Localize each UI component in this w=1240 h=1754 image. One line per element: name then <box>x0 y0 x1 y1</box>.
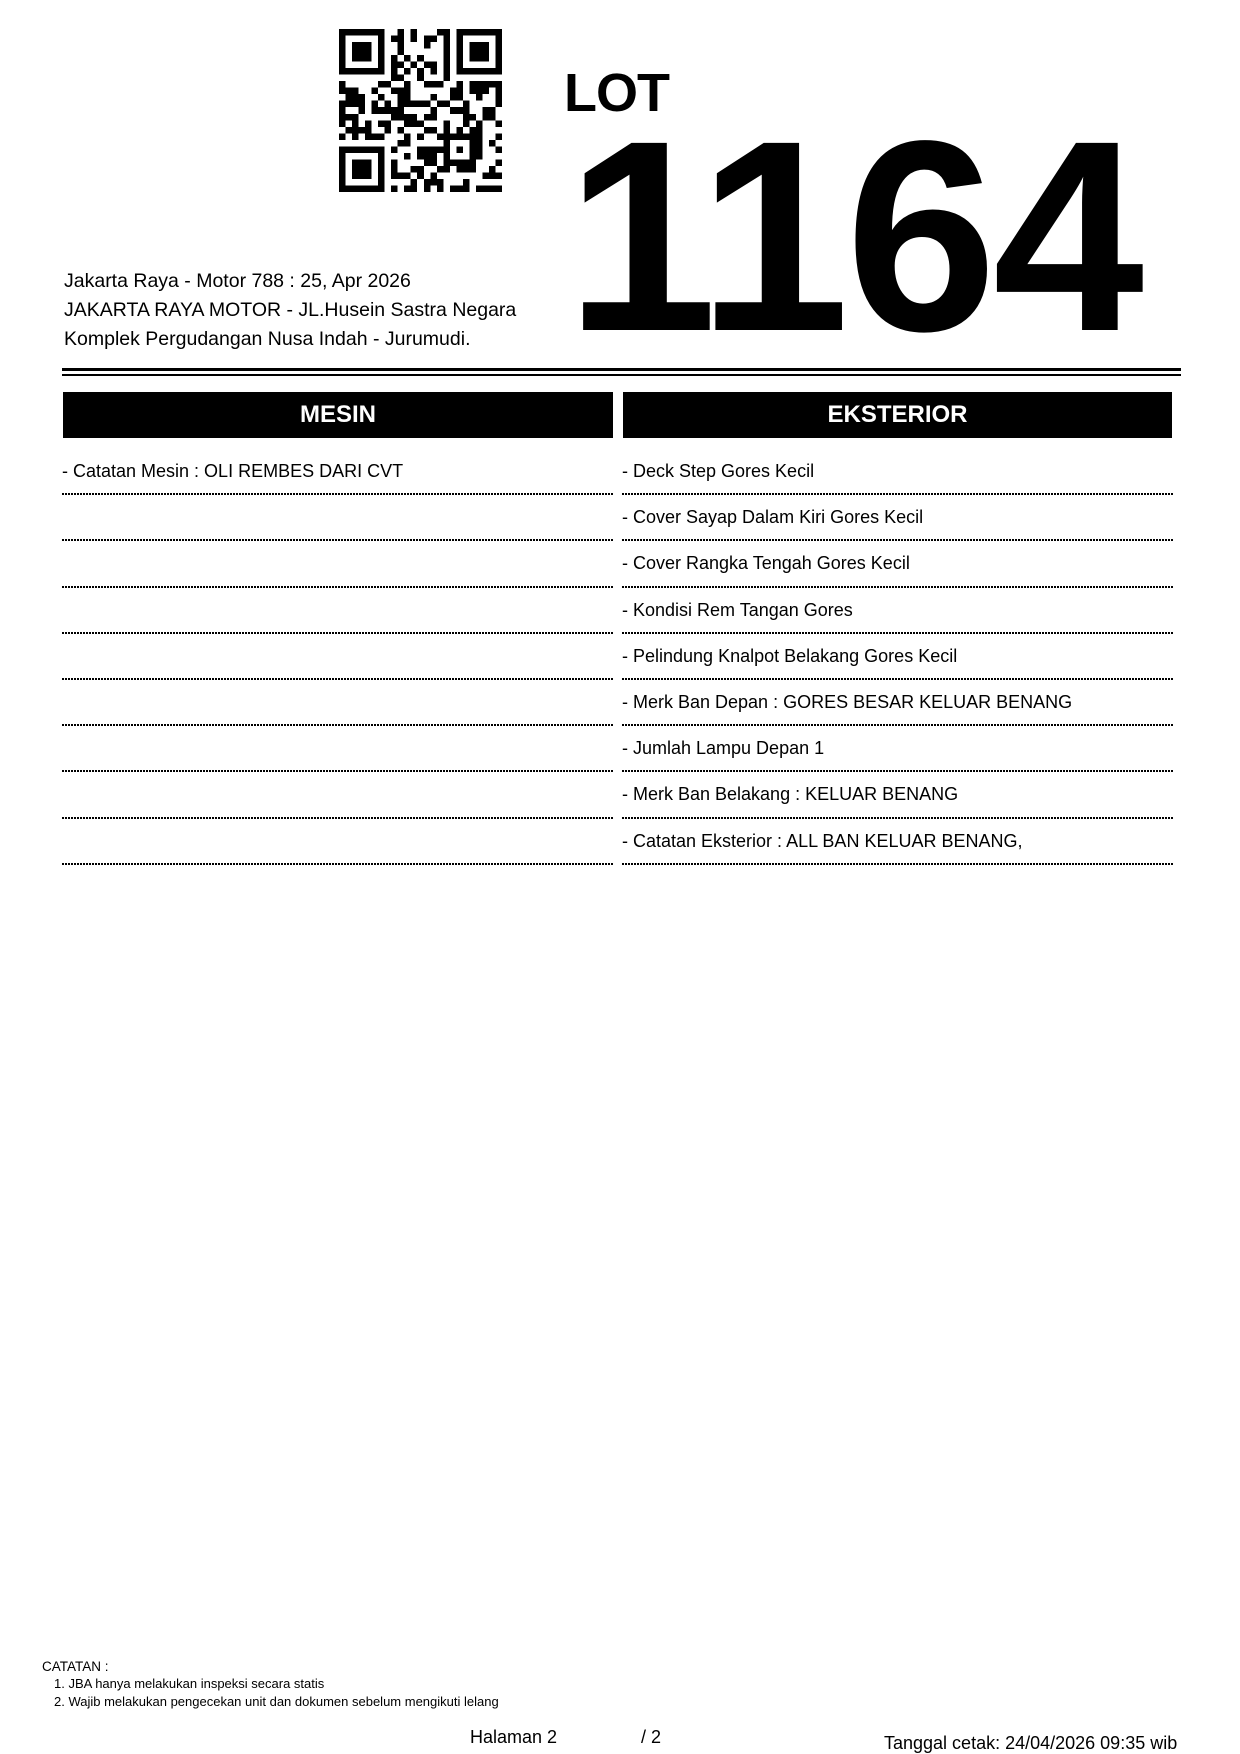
list-item-text: - Catatan Eksterior : ALL BAN KELUAR BEN… <box>622 831 1022 852</box>
auction-title: Jakarta Raya - Motor 788 : 25, Apr 2026 <box>64 272 411 292</box>
list-item <box>62 772 613 818</box>
dotted-divider <box>62 863 613 865</box>
list-item: - Kondisi Rem Tangan Gores <box>622 588 1173 634</box>
list-item: - Cover Rangka Tengah Gores Kecil <box>622 541 1173 587</box>
address-line: Komplek Pergudangan Nusa Indah - Jurumud… <box>64 330 471 350</box>
list-item-text: - Jumlah Lampu Depan 1 <box>622 738 824 759</box>
list-item-text: - Catatan Mesin : OLI REMBES DARI CVT <box>62 461 403 482</box>
print-date: Tanggal cetak: 24/04/2026 09:35 wib <box>884 1733 1177 1754</box>
lot-number: 1164 <box>566 100 1140 372</box>
eksterior-list: - Deck Step Gores Kecil- Cover Sayap Dal… <box>622 449 1173 865</box>
list-item: - Catatan Eksterior : ALL BAN KELUAR BEN… <box>622 819 1173 865</box>
note-item: 2. Wajib melakukan pengecekan unit dan d… <box>54 1694 499 1709</box>
list-item-text: - Merk Ban Depan : GORES BESAR KELUAR BE… <box>622 692 1072 713</box>
list-item-text: - Cover Sayap Dalam Kiri Gores Kecil <box>622 507 923 528</box>
list-item <box>62 680 613 726</box>
list-item <box>62 541 613 587</box>
notes-title: CATATAN : <box>42 1659 109 1674</box>
list-item: - Pelindung Knalpot Belakang Gores Kecil <box>622 634 1173 680</box>
divider <box>62 368 1181 371</box>
list-item <box>62 588 613 634</box>
list-item: - Jumlah Lampu Depan 1 <box>622 726 1173 772</box>
list-item: - Merk Ban Belakang : KELUAR BENANG <box>622 772 1173 818</box>
dotted-divider <box>622 863 1173 865</box>
mesin-list: - Catatan Mesin : OLI REMBES DARI CVT <box>62 449 613 865</box>
list-item-text: - Deck Step Gores Kecil <box>622 461 814 482</box>
page-total: / 2 <box>641 1727 661 1748</box>
section-header-eksterior: EKSTERIOR <box>623 392 1172 438</box>
list-item: - Catatan Mesin : OLI REMBES DARI CVT <box>62 449 613 495</box>
list-item <box>62 634 613 680</box>
list-item-text: - Cover Rangka Tengah Gores Kecil <box>622 553 910 574</box>
address-line: JAKARTA RAYA MOTOR - JL.Husein Sastra Ne… <box>64 301 516 321</box>
list-item <box>62 726 613 772</box>
list-item: - Merk Ban Depan : GORES BESAR KELUAR BE… <box>622 680 1173 726</box>
list-item <box>62 495 613 541</box>
page-number: Halaman 2 <box>470 1727 557 1748</box>
list-item: - Cover Sayap Dalam Kiri Gores Kecil <box>622 495 1173 541</box>
list-item <box>62 819 613 865</box>
list-item: - Deck Step Gores Kecil <box>622 449 1173 495</box>
list-item-text: - Kondisi Rem Tangan Gores <box>622 600 853 621</box>
divider <box>62 374 1181 376</box>
qr-code-icon <box>339 29 502 192</box>
note-item: 1. JBA hanya melakukan inspeksi secara s… <box>54 1676 324 1691</box>
section-header-mesin: MESIN <box>63 392 613 438</box>
list-item-text: - Merk Ban Belakang : KELUAR BENANG <box>622 784 958 805</box>
list-item-text: - Pelindung Knalpot Belakang Gores Kecil <box>622 646 957 667</box>
